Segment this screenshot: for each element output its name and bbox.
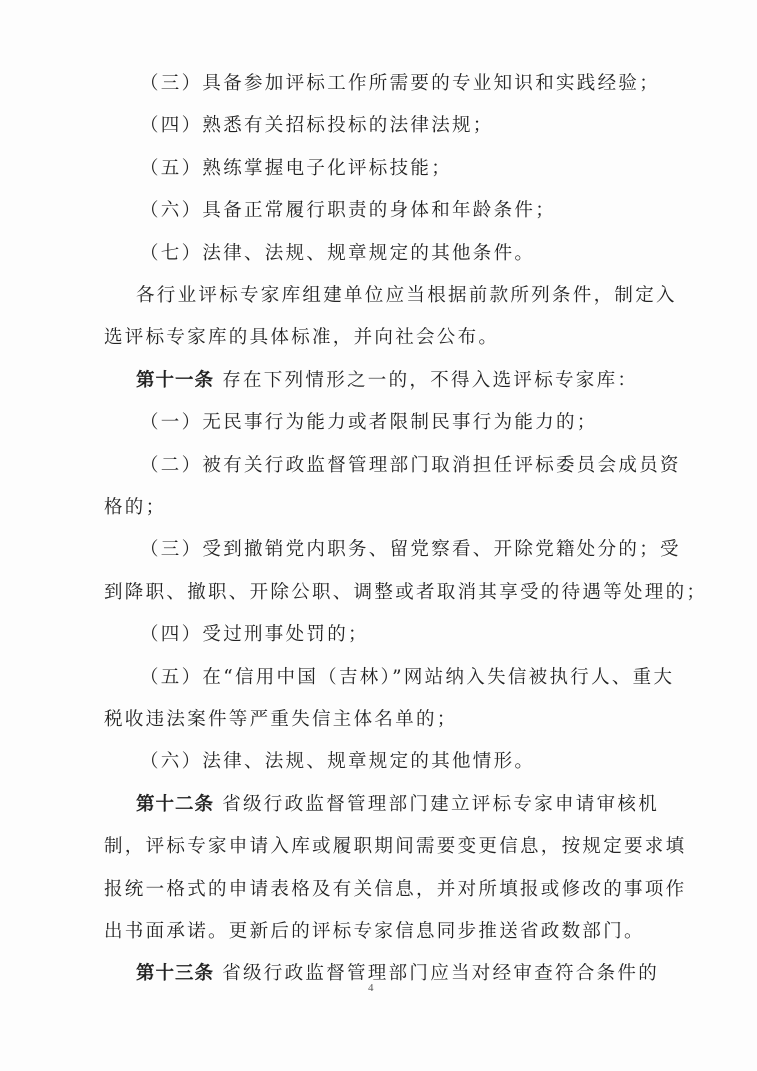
document-page: （三）具备参加评标工作所需要的专业知识和实践经验； （四）熟悉有关招标投标的法律…	[0, 0, 757, 1071]
text-line: 制，评标专家申请入库或履职期间需要变更信息，按规定要求填	[104, 835, 686, 859]
article-thirteen-line: 第十三条 省级行政监督管理部门应当对经审查符合条件的	[136, 962, 659, 986]
text-line: 各行业评标专家库组建单位应当根据前款所列条件，制定入	[136, 284, 677, 308]
text-line: （六）法律、法规、规章规定的其他情形。	[140, 750, 535, 774]
article-heading: 第十二条	[136, 794, 214, 815]
text-line: （六）具备正常履行职责的身体和年龄条件；	[140, 199, 556, 223]
text-line: 格的；	[104, 496, 166, 520]
text-line: 税收违法案件等严重失信主体名单的；	[104, 708, 458, 732]
text-line: （一）无民事行为能力或者限制民事行为能力的；	[140, 411, 598, 435]
article-text: 省级行政监督管理部门建立评标专家申请审核机	[214, 794, 659, 815]
text-line: （三）具备参加评标工作所需要的专业知识和实践经验；	[140, 72, 660, 96]
text-line: 到降职、撤职、开除公职、调整或者取消其享受的待遇等处理的；	[104, 581, 707, 605]
article-text: 存在下列情形之一的，不得入选评标专家库：	[214, 370, 638, 391]
text-line: 选评标专家库的具体标准，并向社会公布。	[104, 326, 499, 350]
text-line: 出书面承诺。更新后的评标专家信息同步推送省政数部门。	[104, 920, 645, 944]
page-number: 4	[368, 982, 374, 994]
text-line: （四）熟悉有关招标投标的法律法规；	[140, 114, 494, 138]
text-line: （五）在“信用中国（吉林）”网站纳入失信被执行人、重大	[140, 666, 674, 690]
article-text: 省级行政监督管理部门应当对经审查符合条件的	[214, 963, 659, 984]
text-line: （五）熟练掌握电子化评标技能；	[140, 157, 452, 181]
text-line: （二）被有关行政监督管理部门取消担任评标委员会成员资	[140, 454, 681, 478]
article-heading: 第十三条	[136, 963, 214, 984]
text-line: （三）受到撤销党内职务、留党察看、开除党籍处分的；受	[140, 538, 681, 562]
text-line: （七）法律、法规、规章规定的其他条件。	[140, 242, 535, 266]
article-twelve-line: 第十二条 省级行政监督管理部门建立评标专家申请审核机	[136, 793, 659, 817]
text-line: 报统一格式的申请表格及有关信息，并对所填报或修改的事项作	[104, 878, 686, 902]
article-heading: 第十一条	[136, 370, 214, 391]
article-eleven-line: 第十一条 存在下列情形之一的，不得入选评标专家库：	[136, 369, 638, 393]
text-line: （四）受过刑事处罚的；	[140, 623, 369, 647]
